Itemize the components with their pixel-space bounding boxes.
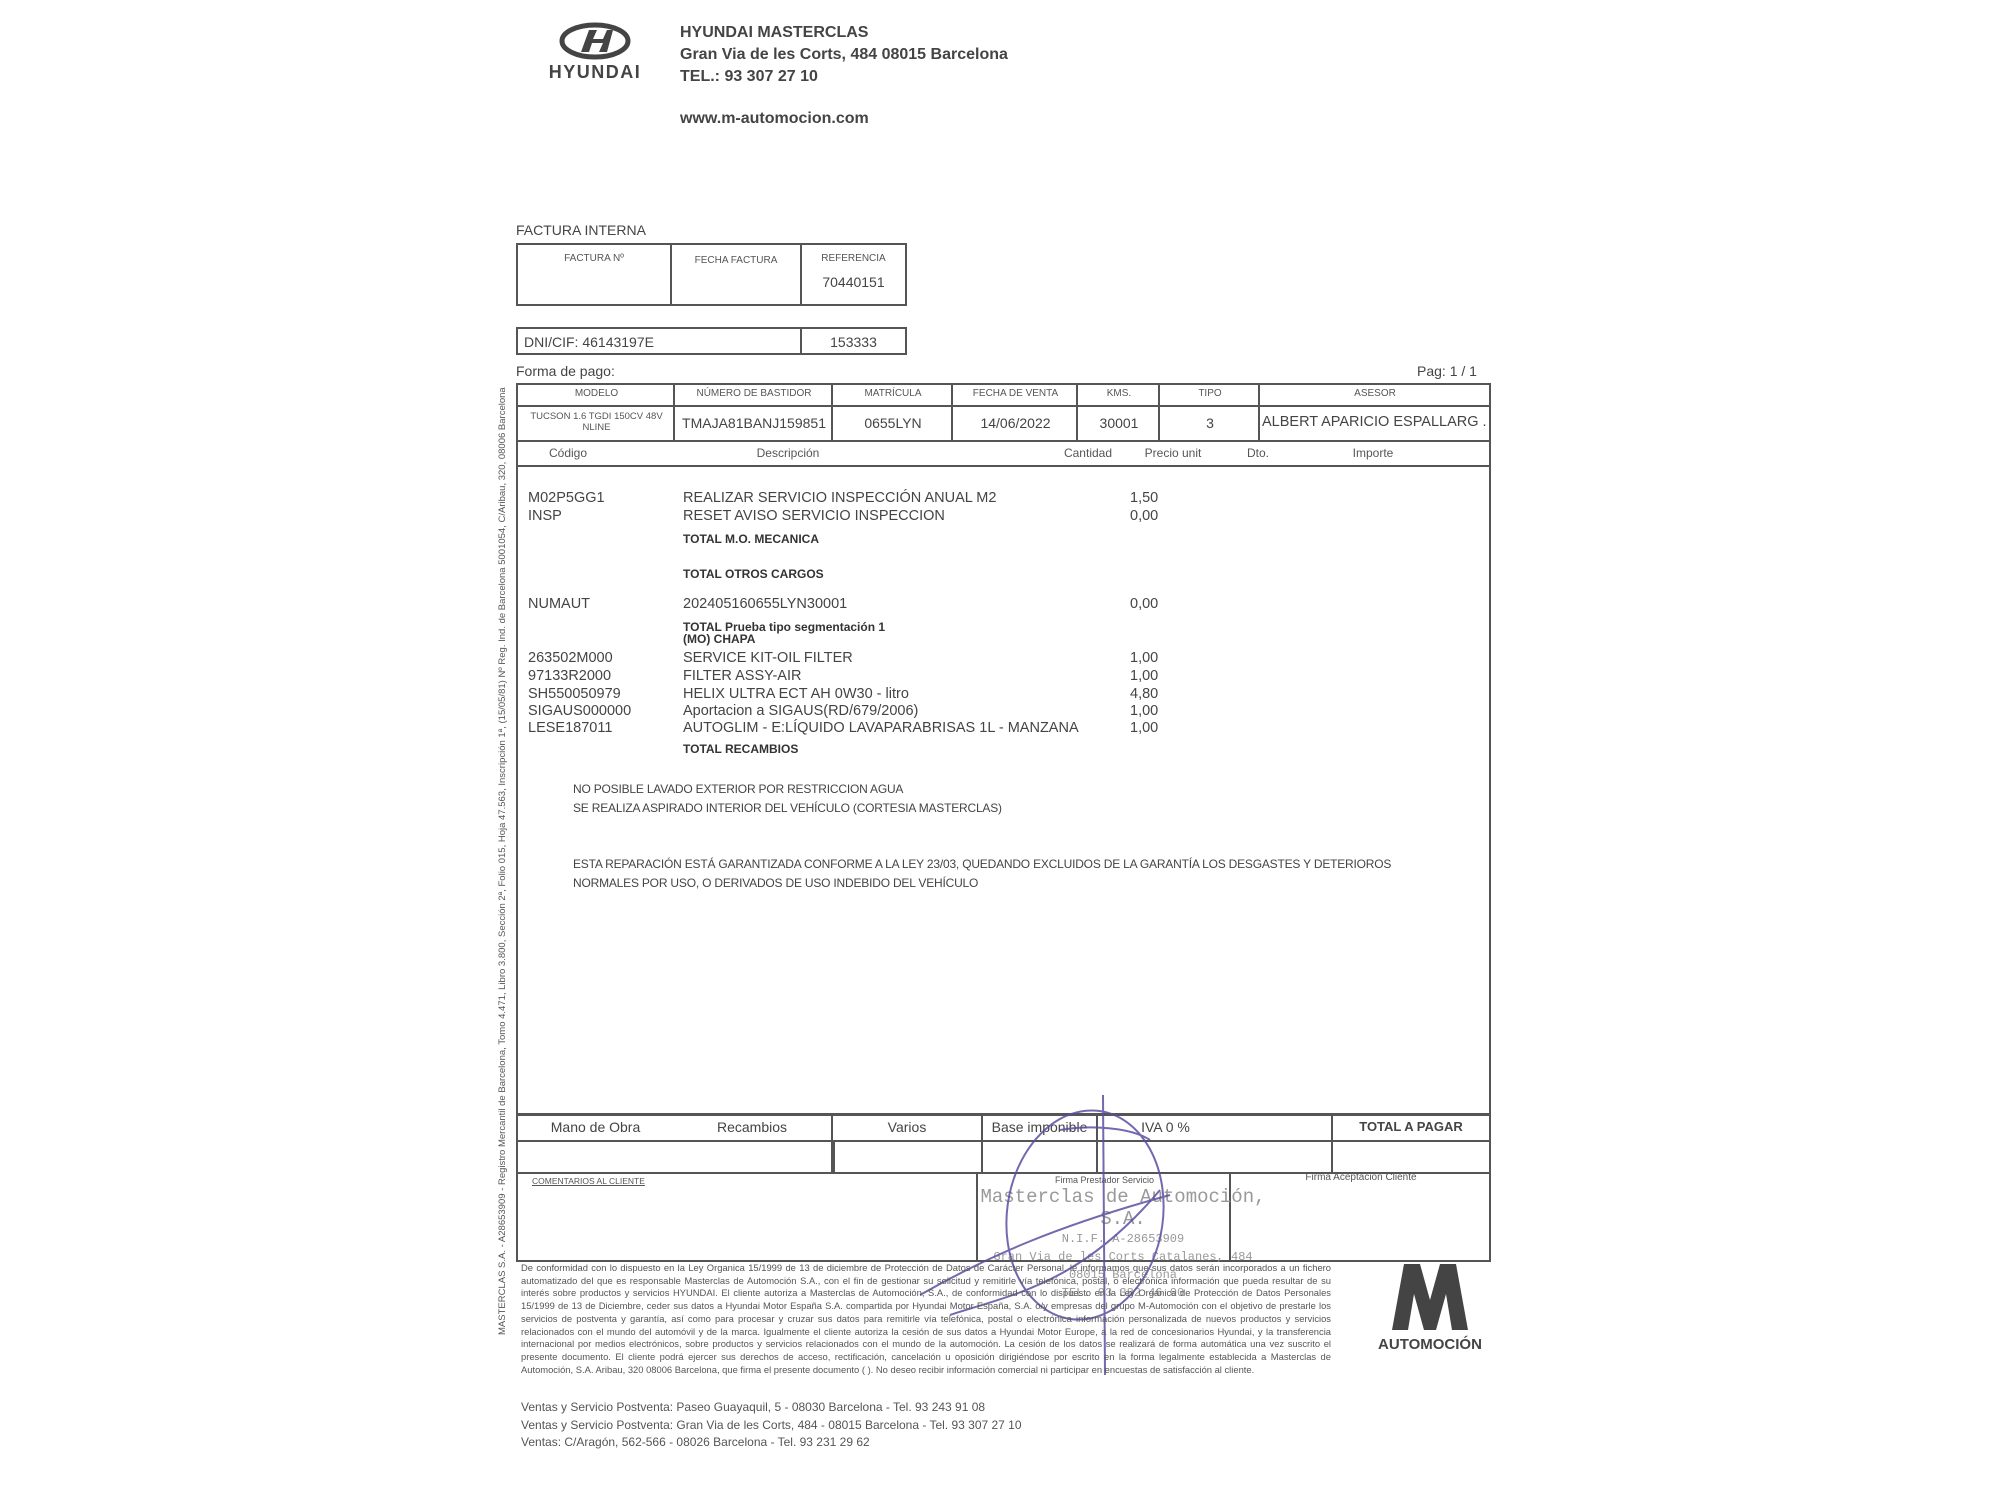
item-code: 97133R2000 <box>528 668 611 685</box>
totals-value-0 <box>518 1135 673 1145</box>
invoice-info-table: FACTURA Nº FECHA FACTURA REFERENCIA 7044… <box>516 243 907 306</box>
warranty-line-1: ESTA REPARACIÓN ESTÁ GARANTIZADA CONFORM… <box>573 855 1391 874</box>
invoice-date-label: FECHA FACTURA <box>672 255 800 266</box>
totals-cell-5 <box>1233 1115 1333 1172</box>
client-code: 153333 <box>802 329 905 350</box>
item-description: Aportacion a SIGAUS(RD/679/2006) <box>683 703 918 720</box>
vehicle-advisor: ALBERT APARICIO ESPALLARG . <box>1262 414 1492 430</box>
item-quantity: 4,80 <box>1130 686 1158 703</box>
items-header-2: Cantidad <box>1063 446 1113 460</box>
company-address: Gran Via de les Corts, 484 08015 Barcelo… <box>680 44 1008 66</box>
hyundai-wordmark: HYUNDAI <box>545 62 645 83</box>
vehicle-kms: 30001 <box>1078 415 1160 431</box>
items-header-1: Descripción <box>638 446 938 460</box>
section-total-label: TOTAL RECAMBIOS <box>683 743 798 756</box>
items-header-0: Código <box>518 446 618 460</box>
page-number: Pag: 1 / 1 <box>1417 363 1477 379</box>
item-description: HELIX ULTRA ECT AH 0W30 - litro <box>683 686 909 703</box>
totals-label-1: Recambios <box>673 1115 831 1135</box>
item-code: SIGAUS000000 <box>528 703 631 720</box>
hyundai-emblem-icon <box>559 22 631 60</box>
item-quantity: 1,50 <box>1130 490 1158 507</box>
vehicle-plate: 0655LYN <box>833 415 953 431</box>
totals-cell-0: Mano de Obra <box>518 1115 673 1172</box>
items-header-3: Precio unit <box>1133 446 1213 460</box>
vehicle-header-6: ASESOR <box>1260 388 1490 399</box>
vehicle-vin: TMAJA81BANJ159851 <box>675 415 833 431</box>
footer-address-1: Ventas y Servicio Postventa: Paseo Guaya… <box>521 1399 1022 1417</box>
totals-label-6: TOTAL A PAGAR <box>1333 1115 1489 1134</box>
m-logo-text: AUTOMOCIÓN <box>1370 1336 1490 1353</box>
section-total-label: TOTAL OTROS CARGOS <box>683 568 824 581</box>
company-website: www.m-automocion.com <box>680 108 1008 130</box>
warranty-line-2: NORMALES POR USO, O DERIVADOS DE USO IND… <box>573 874 1391 893</box>
item-description: AUTOGLIM - E:LÍQUIDO LAVAPARABRISAS 1L -… <box>683 720 1079 737</box>
company-phone: TEL.: 93 307 27 10 <box>680 66 1008 88</box>
dni-cif: DNI/CIF: 46143197E <box>518 329 800 355</box>
item-description: REALIZAR SERVICIO INSPECCIÓN ANUAL M2 <box>683 490 996 507</box>
totals-value-5 <box>1233 1119 1331 1129</box>
item-quantity: 1,00 <box>1130 650 1158 667</box>
item-description: SERVICE KIT-OIL FILTER <box>683 650 853 667</box>
vehicle-header-2: MATRÍCULA <box>833 388 953 399</box>
vehicle-header-0: MODELO <box>518 388 675 399</box>
reference-value: 70440151 <box>802 274 905 290</box>
vehicle-header-1: NÚMERO DE BASTIDOR <box>675 388 833 399</box>
section-total-label: TOTAL M.O. MECANICA <box>683 533 819 546</box>
item-description: 202405160655LYN30001 <box>683 596 847 613</box>
reference-label: REFERENCIA <box>802 253 905 264</box>
payment-method-label: Forma de pago: <box>516 363 615 379</box>
item-quantity: 1,00 <box>1130 720 1158 737</box>
note-line-1: NO POSIBLE LAVADO EXTERIOR POR RESTRICCI… <box>573 780 1002 799</box>
invoice-title: FACTURA INTERNA <box>516 222 646 238</box>
hyundai-logo: HYUNDAI <box>545 22 645 92</box>
items-header-5: Importe <box>1328 446 1418 460</box>
footer-address-2: Ventas y Servicio Postventa: Gran Via de… <box>521 1417 1022 1435</box>
item-code: NUMAUT <box>528 596 590 613</box>
totals-value-6 <box>1333 1134 1489 1144</box>
item-quantity: 1,00 <box>1130 703 1158 720</box>
m-logo-icon <box>1370 1262 1490 1332</box>
vehicle-table: MODELONÚMERO DE BASTIDORMATRÍCULAFECHA D… <box>516 383 1491 442</box>
totals-label-0: Mano de Obra <box>518 1115 673 1135</box>
item-code: LESE187011 <box>528 720 612 737</box>
vehicle-model: TUCSON 1.6 TGDI 150CV 48V NLINE <box>519 411 674 433</box>
privacy-legal-text: De conformidad con lo dispuesto en la Le… <box>521 1262 1331 1376</box>
vehicle-header-5: TIPO <box>1160 388 1260 399</box>
item-quantity: 0,00 <box>1130 508 1158 525</box>
items-area: CódigoDescripciónCantidadPrecio unitDto.… <box>516 440 1491 1116</box>
item-code: 263502M000 <box>528 650 613 667</box>
vehicle-sale-date: 14/06/2022 <box>953 415 1078 431</box>
item-quantity: 0,00 <box>1130 596 1158 613</box>
registry-side-text: MASTERCLAS S.A. - A28653909 - Registro M… <box>497 245 508 1335</box>
footer-address-3: Ventas: C/Aragón, 562-566 - 08026 Barcel… <box>521 1434 1022 1452</box>
totals-value-1 <box>673 1135 831 1145</box>
totals-cell-6: TOTAL A PAGAR <box>1333 1115 1489 1172</box>
m-automocion-logo: AUTOMOCIÓN <box>1370 1262 1490 1362</box>
vehicle-header-4: KMS. <box>1078 388 1160 399</box>
comments-label: COMENTARIOS AL CLIENTE <box>532 1176 645 1186</box>
invoice-number-label: FACTURA Nº <box>518 253 670 264</box>
item-quantity: 1,00 <box>1130 668 1158 685</box>
item-description: FILTER ASSY-AIR <box>683 668 801 685</box>
section-total-label: (MO) CHAPA <box>683 633 755 646</box>
item-description: RESET AVISO SERVICIO INSPECCION <box>683 508 945 525</box>
item-code: M02P5GG1 <box>528 490 605 507</box>
item-code: SH550050979 <box>528 686 621 703</box>
vehicle-header-3: FECHA DE VENTA <box>953 388 1078 399</box>
note-line-2: SE REALIZA ASPIRADO INTERIOR DEL VEHÍCUL… <box>573 799 1002 818</box>
item-code: INSP <box>528 508 562 525</box>
totals-cell-1: Recambios <box>673 1115 833 1172</box>
company-name: HYUNDAI MASTERCLAS <box>680 22 1008 44</box>
items-header-4: Dto. <box>1238 446 1278 460</box>
client-id-table: DNI/CIF: 46143197E 153333 <box>516 327 907 355</box>
client-signature-label: Firma Aceptación Cliente <box>1231 1172 1491 1183</box>
vehicle-type: 3 <box>1160 415 1260 431</box>
